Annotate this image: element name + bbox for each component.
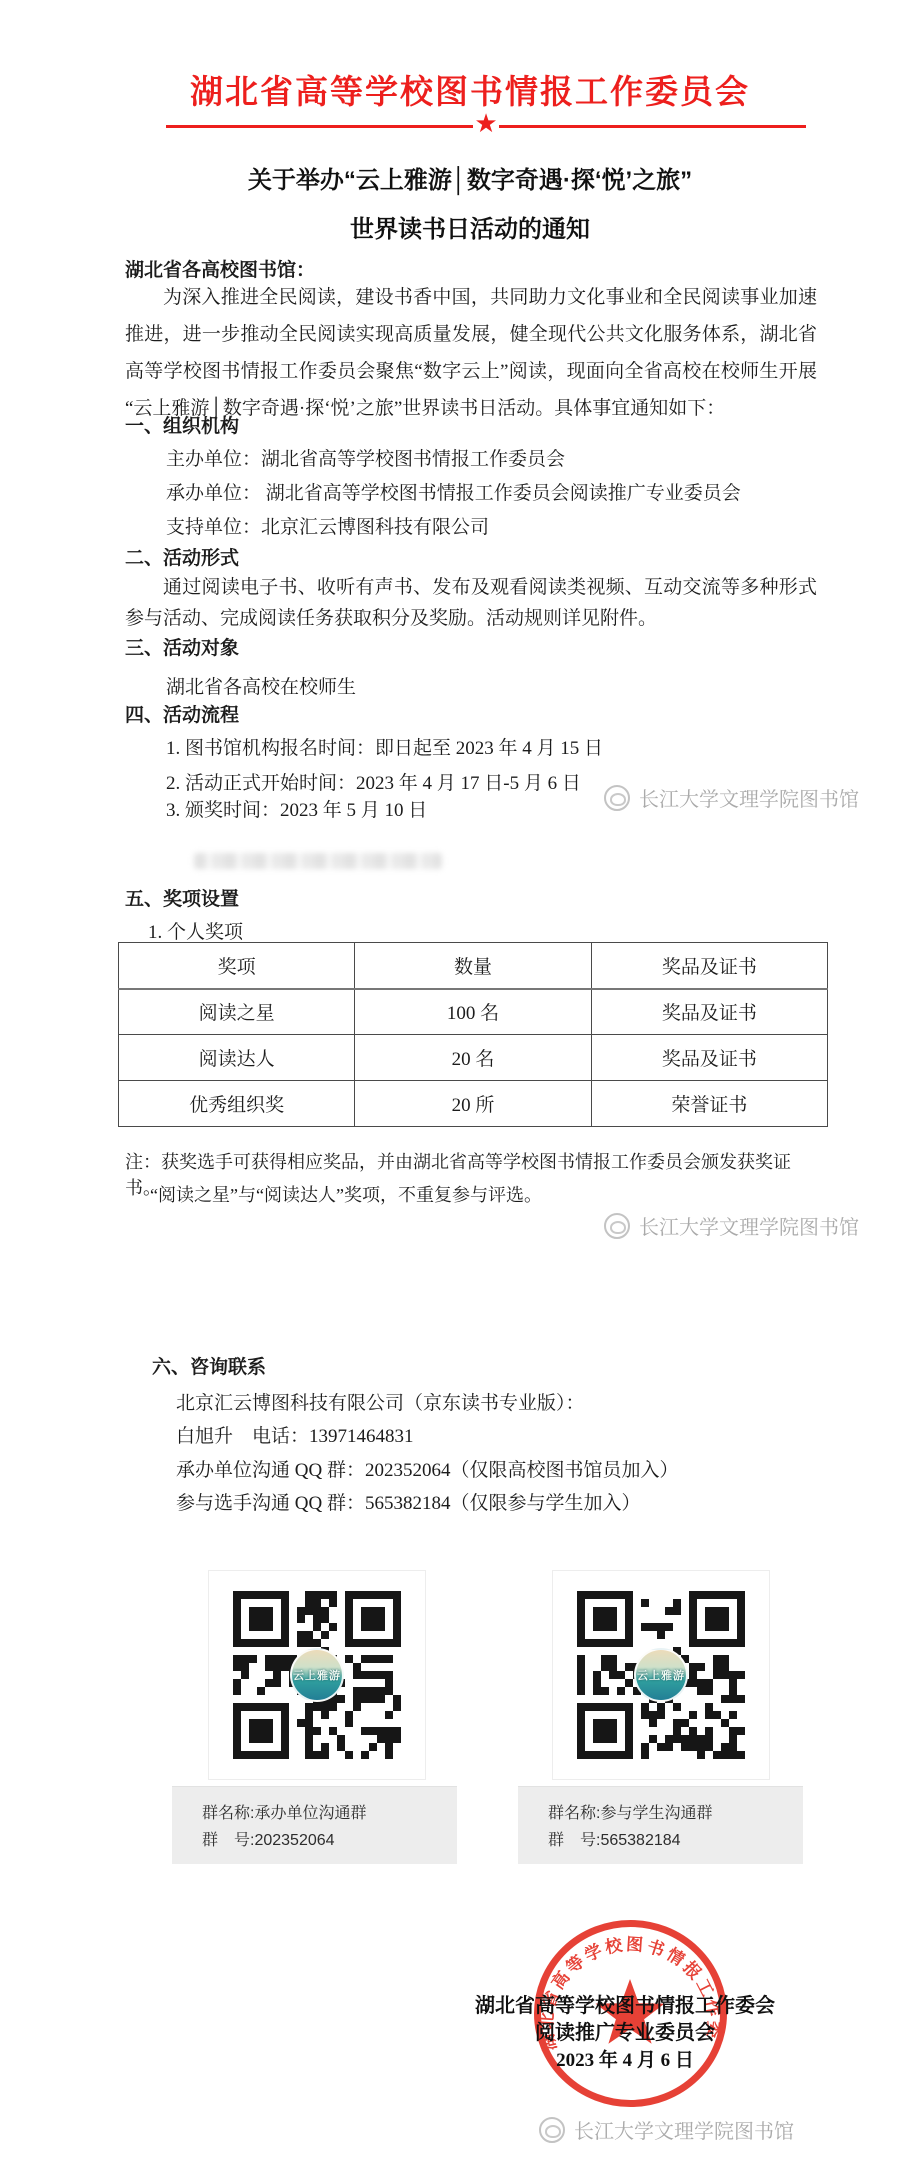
- awards-table: 奖项 数量 奖品及证书 阅读之星 100 名 奖品及证书 阅读达人 20 名 奖…: [118, 942, 828, 1127]
- notice-document: 湖北省高等学校图书情报工作委员会 ★ 关于举办“云上雅游│数字奇遇·探‘悦’之旅…: [0, 0, 916, 2184]
- contact-phone-line: 白旭升 电话：13971464831: [176, 1421, 414, 1448]
- table-row: 阅读达人 20 名 奖品及证书: [119, 1035, 828, 1081]
- intro-paragraph: 为深入推进全民阅读，建设书香中国，共同助力文化事业和全民阅读事业加速推进，进一步…: [125, 279, 817, 427]
- qr-caption-organizer: 群名称:承办单位沟通群 群 号:202352064: [172, 1786, 457, 1864]
- qr-logo-text: 云上雅游: [637, 1667, 685, 1683]
- table-cell: 优秀组织奖: [119, 1081, 355, 1127]
- watermark-logo-icon: [539, 2117, 565, 2143]
- doc-title-line2: 世界读书日活动的通知: [0, 209, 916, 244]
- salutation: 湖北省各高校图书馆：: [125, 255, 315, 282]
- section-5-heading: 五、奖项设置: [125, 884, 239, 911]
- qr-code-participant: 云上雅游: [552, 1570, 770, 1780]
- table-row: 优秀组织奖 20 所 荣誉证书: [119, 1081, 828, 1127]
- section-1-heading: 一、组织机构: [125, 411, 239, 438]
- qr-finder-icon: [233, 1591, 289, 1647]
- flow-item-3: 3. 颁奖时间：2023 年 5 月 10 日: [166, 795, 427, 822]
- group-number: 群 号:565382184: [548, 1827, 803, 1854]
- group-number: 群 号:202352064: [202, 1827, 457, 1854]
- table-cell: 奖品及证书: [591, 989, 827, 1035]
- table-cell: 奖品及证书: [591, 1035, 827, 1081]
- group-name: 群名称:参与学生沟通群: [548, 1800, 803, 1827]
- section-4-heading: 四、活动流程: [125, 700, 239, 727]
- award-col-header: 奖项: [119, 943, 355, 989]
- qr-logo-text: 云上雅游: [293, 1667, 341, 1683]
- watermark-1: 长江大学文理学院图书馆: [604, 783, 859, 812]
- section-2-heading: 二、活动形式: [125, 543, 239, 570]
- section-6-heading: 六、咨询联系: [152, 1352, 266, 1379]
- award-note-line-2: “阅读之星”与“阅读达人”奖项，不重复参与评选。: [150, 1181, 830, 1207]
- qr-finder-icon: [577, 1591, 633, 1647]
- support-unit-line: 支持单位：北京汇云博图科技有限公司: [166, 512, 489, 539]
- flow-item-1: 1. 图书馆机构报名时间：即日起至 2023 年 4 月 15 日: [166, 733, 603, 760]
- doc-title-line1: 关于举办“云上雅游│数字奇遇·探‘悦’之旅”: [0, 160, 916, 195]
- qr-finder-icon: [233, 1703, 289, 1759]
- table-cell: 阅读达人: [119, 1035, 355, 1081]
- host-unit-line: 主办单位：湖北省高等学校图书情报工作委员会: [166, 444, 565, 471]
- group-name: 群名称:承办单位沟通群: [202, 1800, 457, 1827]
- org-title: 湖北省高等学校图书情报工作委员会: [0, 66, 916, 113]
- organizer-qq-line: 承办单位沟通 QQ 群：202352064（仅限高校图书馆员加入）: [176, 1455, 678, 1482]
- seal-committee-line: 湖北省高等学校图书情报工作委会: [455, 1993, 795, 2020]
- qr-caption-participant: 群名称:参与学生沟通群 群 号:565382184: [518, 1786, 803, 1864]
- seal-date-line: 2023 年 4 月 6 日: [455, 2047, 795, 2074]
- table-cell: 20 所: [355, 1081, 591, 1127]
- table-cell: 20 名: [355, 1035, 591, 1081]
- participant-qq-line: 参与选手沟通 QQ 群：565382184（仅限参与学生加入）: [176, 1488, 640, 1515]
- watermark-text: 长江大学文理学院图书馆: [639, 1211, 859, 1240]
- activity-form-text: 通过阅读电子书、收听有声书、发布及观看阅读类视频、互动交流等多种形式参与活动、完…: [125, 572, 817, 634]
- divider-line-right: [499, 125, 806, 128]
- table-cell: 100 名: [355, 989, 591, 1035]
- qr-finder-icon: [689, 1591, 745, 1647]
- watermark-logo-icon: [604, 1213, 630, 1239]
- awards-header-row: 奖项 数量 奖品及证书: [119, 943, 828, 989]
- seal-subcommittee-line: 阅读推广专业委员会: [455, 2020, 795, 2047]
- watermark-3: 长江大学文理学院图书馆: [539, 2115, 794, 2144]
- qr-pattern: 云上雅游: [233, 1591, 401, 1759]
- watermark-logo-icon: [604, 785, 630, 811]
- watermark-2: 长江大学文理学院图书馆: [604, 1211, 859, 1240]
- flow-item-2: 2. 活动正式开始时间：2023 年 4 月 17 日-5 月 6 日: [166, 768, 581, 795]
- divider-star-icon: ★: [474, 111, 497, 137]
- section-3-heading: 三、活动对象: [125, 633, 239, 660]
- individual-awards-subheading: 1. 个人奖项: [148, 917, 243, 944]
- table-cell: 阅读之星: [119, 989, 355, 1035]
- divider-line-left: [166, 125, 473, 128]
- quantity-col-header: 数量: [355, 943, 591, 989]
- prize-col-header: 奖品及证书: [591, 943, 827, 989]
- seal-signature-block: 湖北省高等学校图书情报工作委会 阅读推广专业委员会 2023 年 4 月 6 日: [455, 1993, 795, 2074]
- qr-finder-icon: [577, 1703, 633, 1759]
- yunshang-yayou-logo-icon: 云上雅游: [634, 1648, 688, 1702]
- organizer-unit-line: 承办单位： 湖北省高等学校图书情报工作委员会阅读推广专业委员会: [166, 478, 741, 505]
- redacted-smudge: [194, 853, 442, 869]
- watermark-text: 长江大学文理学院图书馆: [574, 2115, 794, 2144]
- qr-finder-icon: [345, 1591, 401, 1647]
- red-divider: ★: [166, 114, 806, 138]
- table-cell: 荣誉证书: [591, 1081, 827, 1127]
- qr-pattern: 云上雅游: [577, 1591, 745, 1759]
- watermark-text: 长江大学文理学院图书馆: [639, 783, 859, 812]
- activity-target-text: 湖北省各高校在校师生: [166, 672, 356, 699]
- qr-code-organizer: 云上雅游: [208, 1570, 426, 1780]
- contact-company-line: 北京汇云博图科技有限公司（京东读书专业版）：: [176, 1388, 585, 1415]
- yunshang-yayou-logo-icon: 云上雅游: [290, 1648, 344, 1702]
- table-row: 阅读之星 100 名 奖品及证书: [119, 989, 828, 1035]
